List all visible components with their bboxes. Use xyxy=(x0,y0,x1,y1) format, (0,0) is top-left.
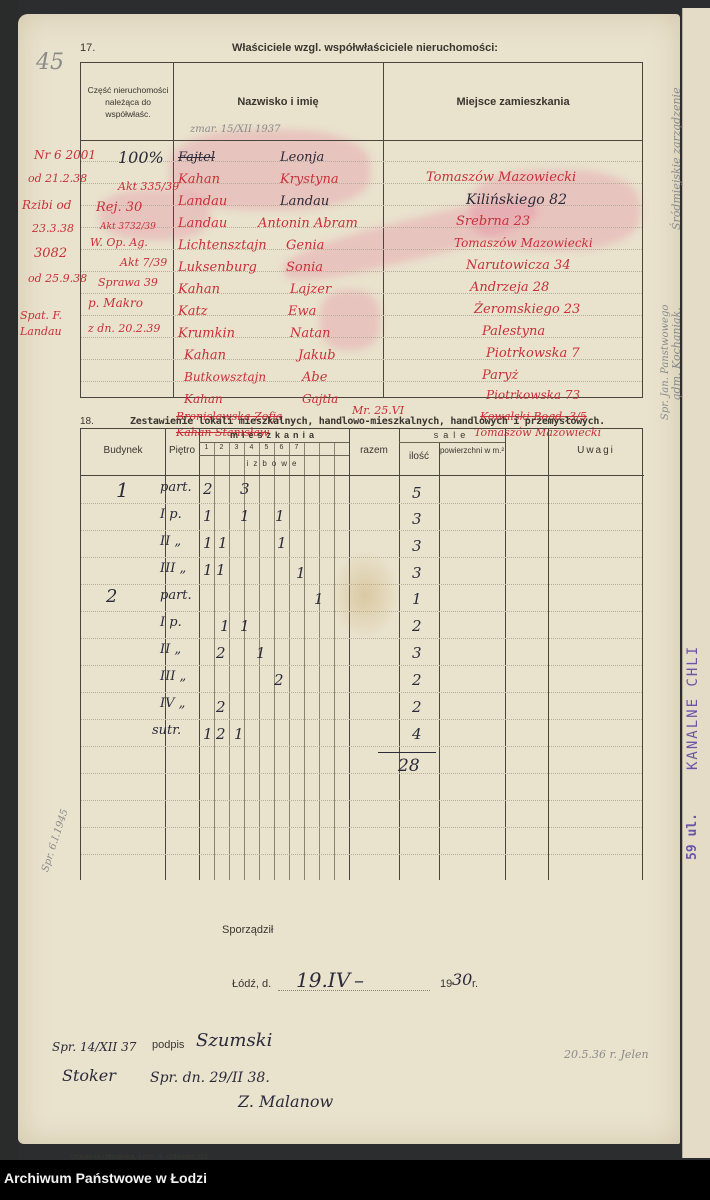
margin-note: od 25.9.38 xyxy=(28,272,87,285)
cell-total: 5 xyxy=(412,484,422,502)
share-note: Akt 335/39 xyxy=(118,180,179,193)
room-count-5: 5 xyxy=(259,444,274,451)
cell-room-3: 1 xyxy=(240,507,250,525)
cell-room-3: 3 xyxy=(240,480,250,498)
owner-name: Ewa xyxy=(288,304,316,319)
year-end: r. xyxy=(472,978,478,990)
row-line xyxy=(81,161,642,162)
share-note: Akt 7/39 xyxy=(120,256,167,269)
header-total: razem xyxy=(349,445,399,456)
section17-number: 17. xyxy=(80,42,95,54)
cell-building: 2 xyxy=(106,586,117,607)
row-line xyxy=(81,854,642,855)
row-line xyxy=(81,503,642,504)
room-divider xyxy=(304,443,305,880)
cell-room-4: 1 xyxy=(256,644,266,662)
row-line xyxy=(81,719,642,720)
margin-note: Rzibi od xyxy=(22,198,71,212)
cell-floor: sutr. xyxy=(152,723,181,738)
place-date-label: Łódź, d. xyxy=(232,978,271,990)
header-rooms: izbowe xyxy=(199,459,349,468)
cell-floor: II „ xyxy=(160,642,181,657)
column-divider xyxy=(439,443,440,880)
owner-address: Paryż xyxy=(482,368,518,383)
owner-name: Gajtla xyxy=(302,392,338,406)
owner-name: Jakub xyxy=(298,348,336,363)
row-line xyxy=(81,227,642,228)
section17-title: Właściciele wzgl. współwłaściciele nieru… xyxy=(232,42,498,54)
row-line xyxy=(81,800,642,801)
owner-address: Piotrkowska 7 xyxy=(486,346,580,361)
cell-floor: part. xyxy=(160,588,192,603)
owner-surname: Landau xyxy=(178,194,227,209)
cell-floor: I p. xyxy=(160,507,182,522)
owner-address: Andrzeja 28 xyxy=(470,280,549,295)
owner-address: Kilińskiego 82 xyxy=(466,192,567,208)
owner-name: Abe xyxy=(302,370,327,385)
side-stamp-prefix: 59 ul. xyxy=(685,813,700,860)
cell-room-5: 1 xyxy=(275,507,285,525)
column-divider xyxy=(349,429,350,880)
owner-surname: Luksenburg xyxy=(178,260,257,275)
share-note: W. Op. Ag. xyxy=(90,236,148,249)
cell-total: 2 xyxy=(412,698,422,716)
owner-name: Lajzer xyxy=(290,282,331,297)
room-divider xyxy=(319,443,320,880)
cell-total: 3 xyxy=(412,564,422,582)
owner-surname: Krumkin xyxy=(178,326,235,341)
cell-floor: III „ xyxy=(160,669,186,684)
column-divider xyxy=(199,429,200,880)
header-bottom-line xyxy=(81,475,644,476)
header-line xyxy=(199,442,349,443)
year-prefix: 19 xyxy=(440,978,452,990)
room-count-2: 2 xyxy=(214,444,229,451)
owner-name: Sonia xyxy=(286,260,323,275)
section18-number: 18. xyxy=(80,416,94,427)
row-line xyxy=(81,530,642,531)
margin-note: Nr 6 2001 xyxy=(34,148,96,162)
header-floor: Piętro xyxy=(165,445,199,456)
archive-caption: Archiwum Państwowe w Łodzi xyxy=(4,1170,207,1186)
grand-total: 28 xyxy=(398,756,420,776)
header-hall-area: powierzchni w m.² xyxy=(439,445,505,457)
cell-floor: I p. xyxy=(160,615,182,630)
share-note: Sprawa 39 xyxy=(98,276,158,289)
archive-caption-bar: Archiwum Państwowe w Łodzi xyxy=(0,1160,710,1200)
row-line xyxy=(81,692,642,693)
owner-address: Narutowicza 34 xyxy=(466,258,571,273)
cell-room-7: 1 xyxy=(314,590,324,608)
owner-address: Palestyna xyxy=(482,324,545,339)
header-hall-count: ilość xyxy=(399,451,439,462)
room-divider xyxy=(334,443,335,880)
cell-room-2: 1 xyxy=(218,534,228,552)
binding-edge xyxy=(0,0,18,1160)
owner-address: Żeromskiego 23 xyxy=(474,302,580,317)
cell-room-1: 2 xyxy=(203,480,213,498)
header-building: Budynek xyxy=(81,445,165,456)
column-divider xyxy=(383,63,384,397)
row-line xyxy=(81,746,642,747)
cell-building: 1 xyxy=(116,478,129,502)
margin-note: Spat. F. Landau xyxy=(20,308,80,340)
note-signature: Stoker xyxy=(62,1066,116,1085)
room-count-1: 1 xyxy=(199,444,214,451)
owner-address: Tomaszów Mazowiecki xyxy=(426,170,576,185)
cell-total: 2 xyxy=(412,617,422,635)
side-stamp: KANALNE CHLI xyxy=(685,645,701,770)
adjacent-page-strip xyxy=(682,8,710,1158)
header-halls: sale xyxy=(399,430,505,440)
cell-room-1: 1 xyxy=(203,534,213,552)
owner-surname: Kahan xyxy=(184,392,223,406)
room-count-3: 3 xyxy=(229,444,244,451)
owner-name: Natan xyxy=(290,326,330,341)
column-divider xyxy=(505,429,506,880)
date-dash: – xyxy=(354,968,364,992)
cell-room-3: 1 xyxy=(240,617,250,635)
room-divider xyxy=(289,443,290,880)
cell-room-2: 1 xyxy=(220,617,230,635)
room-count-7: 7 xyxy=(289,444,304,451)
owner-name: Landau xyxy=(280,194,329,209)
water-stain xyxy=(330,550,400,640)
owner-surname: Fajtel xyxy=(178,150,215,165)
owner-name: Genia xyxy=(286,238,324,253)
year-suffix: 30 xyxy=(452,970,472,989)
row-line xyxy=(81,827,642,828)
row-line xyxy=(81,773,642,774)
cell-total: 3 xyxy=(412,537,422,555)
header-line xyxy=(199,455,349,456)
column-divider xyxy=(173,63,174,397)
row-line xyxy=(81,337,642,338)
cell-floor: II „ xyxy=(160,534,181,549)
owner-surname: Kahan xyxy=(178,172,220,187)
header-line xyxy=(399,442,505,443)
owner-surname: Kahan xyxy=(178,282,220,297)
share-note: z dn. 20.2.39 xyxy=(88,322,160,335)
cell-floor: IV „ xyxy=(160,696,185,711)
column-divider xyxy=(399,429,400,880)
owner-name: Krystyna xyxy=(280,172,339,187)
room-divider xyxy=(214,443,215,880)
cell-floor: III „ xyxy=(160,561,186,576)
cell-floor: part. xyxy=(160,480,192,495)
cell-room-2: 2 xyxy=(216,644,226,662)
row-line xyxy=(81,381,642,382)
margin-note: 23.3.38 xyxy=(32,222,74,235)
cell-total: 4 xyxy=(412,725,422,743)
header-remarks: Uwagi xyxy=(548,445,644,456)
cell-total: 3 xyxy=(412,644,422,662)
owner-address: Srebrna 23 xyxy=(456,214,530,229)
cell-total: 3 xyxy=(412,510,422,528)
margin-note: 3082 xyxy=(34,246,67,261)
column-divider xyxy=(548,429,549,880)
cell-room-1: 1 xyxy=(203,507,213,525)
cell-room-1: 1 xyxy=(203,725,213,743)
share-value: 100% xyxy=(118,148,164,167)
owner-address: Tomaszów Mazowiecki xyxy=(454,236,593,250)
owner-surname: Kahan xyxy=(184,348,226,363)
row-line xyxy=(81,293,642,294)
owners-header-note: zmar. 15/XII 1937 xyxy=(190,124,281,135)
cell-room-2: 1 xyxy=(216,561,226,579)
cell-room-5: 1 xyxy=(277,534,287,552)
sum-line xyxy=(378,752,436,753)
room-divider xyxy=(229,443,230,880)
prepared-label: Sporządził xyxy=(222,924,273,936)
owner-surname: Katz xyxy=(178,304,208,319)
header-address: Miejsce zamieszkania xyxy=(385,63,641,140)
signature-value: Szumski xyxy=(196,1030,272,1051)
cell-room-2: 2 xyxy=(216,725,226,743)
date-value: 19.IV xyxy=(296,968,350,992)
cell-room-5: 2 xyxy=(274,671,284,689)
signature-label: podpis xyxy=(152,1039,184,1051)
cell-room-3: 1 xyxy=(234,725,244,743)
note-spr2: Spr. dn. 29/II 38. xyxy=(150,1070,270,1086)
owner-address: Piotrkowska 73 xyxy=(486,388,580,402)
owner-surname: Butkowsztajn xyxy=(184,370,266,384)
owner-name: Antonin Abram xyxy=(258,216,358,231)
cell-total: 1 xyxy=(412,590,422,608)
side-note: Śródmiejskie zarządzenie xyxy=(670,87,683,230)
header-share: Część nieruchomości należąca do współwła… xyxy=(85,63,171,140)
owner-surname: Lichtensztajn xyxy=(178,238,267,253)
margin-note: od 21.2.38 xyxy=(28,172,87,185)
room-count-6: 6 xyxy=(274,444,289,451)
owner-name: Leonja xyxy=(280,150,324,165)
note-signature: Z. Malanow xyxy=(238,1092,333,1111)
share-note: Rej. 30 xyxy=(96,200,142,215)
owner-surname: Landau xyxy=(178,216,227,231)
share-note: Akt 3732/39 xyxy=(100,222,156,232)
cell-room-6: 1 xyxy=(296,564,306,582)
side-note: ądm. Kochaniak. xyxy=(670,307,683,400)
note-spr: Spr. 14/XII 37 xyxy=(52,1040,136,1054)
room-count-4: 4 xyxy=(244,444,259,451)
share-note: p. Makro xyxy=(88,296,143,310)
cell-room-1: 1 xyxy=(203,561,213,579)
cell-room-2: 2 xyxy=(216,698,226,716)
folio-number: 45 xyxy=(36,50,64,75)
row-line xyxy=(81,665,642,666)
cell-total: 2 xyxy=(412,671,422,689)
right-margin-note: 20.5.36 r. Jelen xyxy=(564,1048,649,1061)
header-apartments: mieszkania xyxy=(199,430,349,440)
section18-title: Zestawienie lokali mieszkalnych, handlow… xyxy=(130,416,605,427)
